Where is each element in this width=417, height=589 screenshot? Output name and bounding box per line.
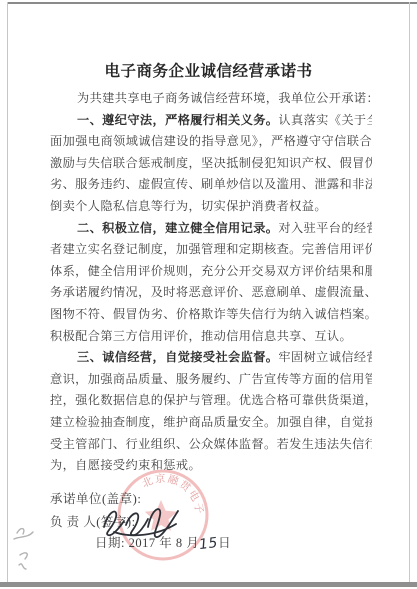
body-line: 劣、服务违约、虚假宣传、刷单炒信以及滥用、泄露和非法 <box>50 174 372 196</box>
body-line: 面加强电商领域诚信建设的指导意见》，严格遵守守信联合 <box>50 131 372 153</box>
body-line: 为，自愿接受约束和惩戒。 <box>50 455 372 477</box>
date-suffix: 日 <box>218 536 231 550</box>
scanned-document-page: 电子商务企业诚信经营承诺书 为共建共享电子商务诚信经营环境，我单位公开承诺：一、… <box>0 0 417 589</box>
scan-edge-bottom <box>0 582 417 587</box>
body-line: 三、诚信经营，自觉接受社会监督。牢固树立诚信经营 <box>50 347 372 369</box>
scan-edge-top <box>7 2 417 4</box>
body-line: 激励与失信联合惩戒制度，坚决抵制侵犯知识产权、假冒伪 <box>50 153 372 175</box>
body-text: 为共建共享电子商务诚信经营环境，我单位公开承诺：一、遵纪守法，严格履行相关义务。… <box>50 88 372 477</box>
body-line: 图物不符、假冒伪劣、价格欺诈等失信行为纳入诚信档案。 <box>50 304 372 326</box>
scan-edge-right <box>409 2 410 584</box>
body-line: 为共建共享电子商务诚信经营环境，我单位公开承诺： <box>50 88 372 110</box>
handwritten-day: 15 <box>198 535 219 553</box>
scan-edge-left <box>7 2 8 584</box>
body-line: 意识，加强商品质量、服务履约、广告宣传等方面的信用管 <box>50 369 372 391</box>
body-line: 者建立实名登记制度，加强管理和定期核查。完善信用评价 <box>50 239 372 261</box>
margin-scribble <box>10 523 38 575</box>
body-line: 体系，健全信用评价规则，充分公开交易双方评价结果和服 <box>50 261 372 283</box>
body-line: 倒卖个人隐私信息等行为，切实保护消费者权益。 <box>50 196 372 218</box>
body-line: 控，强化数据信息的保护与管理。优选合格可靠供货渠道， <box>50 390 372 412</box>
body-line: 积极配合第三方信用评价，推动信用信息共享、互认。 <box>50 326 372 348</box>
body-line: 受主管部门、行业组织、公众媒体监督。若发生违法失信行 <box>50 434 372 456</box>
body-line: 一、遵纪守法，严格履行相关义务。认真落实《关于全 <box>50 110 372 132</box>
body-line: 建立检验抽查制度，维护商品质量安全。加强自律，自觉接 <box>50 412 372 434</box>
document-title: 电子商务企业诚信经营承诺书 <box>0 59 417 81</box>
body-line: 二、积极立信，建立健全信用记录。对入驻平台的经营 <box>50 218 372 240</box>
signature-scribble <box>96 497 186 541</box>
body-line: 务承诺履约情况，及时将恶意评价、恶意刷单、虚假流量、 <box>50 282 372 304</box>
